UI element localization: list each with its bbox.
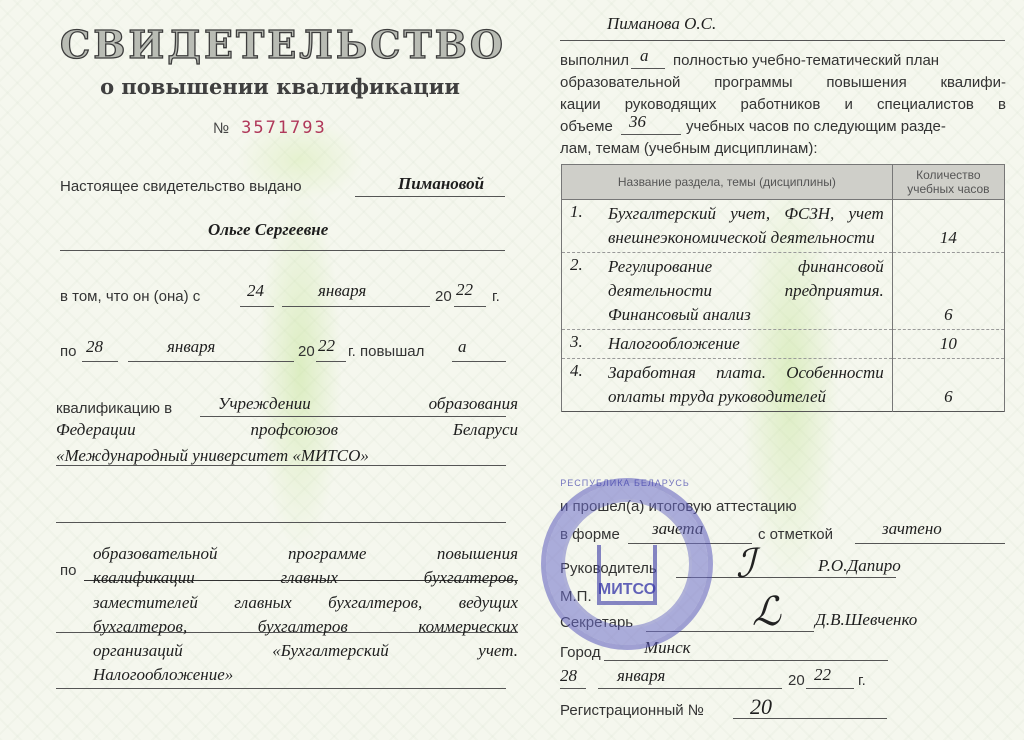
secretary-signature: ℒ	[752, 588, 781, 635]
improved-label: г. повышал	[348, 343, 424, 360]
mitso-logo-icon: МИТСО	[597, 545, 657, 605]
to-label: по	[60, 343, 76, 360]
institution-line-3: «Международный университет «МИТСО»	[56, 446, 369, 466]
topic-hours: 14	[892, 200, 1004, 253]
city-label: Город	[560, 644, 601, 661]
holder-short-name: Пиманова О.С.	[607, 14, 716, 34]
topic-number: 3.	[570, 332, 608, 356]
topic-number: 2.	[570, 255, 608, 327]
from-year: 22	[456, 280, 473, 300]
certificate-title: СВИДЕТЕЛЬСТВО	[60, 22, 500, 67]
completed-text-3: кации руководящих работников и специалис…	[560, 96, 1006, 113]
certificate-subtitle: о повышении квалификации	[60, 74, 500, 99]
completed-suffix: а	[640, 46, 649, 66]
issue-year: 22	[814, 665, 831, 685]
registration-number: 20	[750, 694, 772, 720]
issued-label: Настоящее свидетельство выдано	[60, 178, 302, 195]
from-label: в том, что он (она) с	[60, 288, 200, 305]
to-month: января	[167, 337, 215, 357]
from-year-prefix: 20	[435, 288, 452, 305]
from-day: 24	[247, 281, 264, 301]
from-year-suffix: г.	[492, 288, 500, 305]
seal-ring-text: РЕСПУБЛИКА БЕЛАРУСЬ	[560, 478, 690, 488]
topic-hours: 6	[892, 253, 1004, 330]
completed-text-1: полностью учебно-тематический план	[673, 52, 939, 69]
column-header-topic: Название раздела, темы (дисциплины)	[562, 165, 893, 200]
institution-line-2: Федерации профсоюзов Беларуси	[56, 420, 518, 440]
secretary-name: Д.В.Шевченко	[815, 610, 917, 630]
issue-year-prefix: 20	[788, 672, 805, 689]
program-line-6: Налогообложение»	[93, 665, 233, 685]
program-line-5: организаций «Бухгалтерский учет.	[93, 641, 518, 661]
completed-text-2: образовательной программы повышения квал…	[560, 74, 1006, 91]
topic-hours: 10	[892, 330, 1004, 359]
head-name: Р.О.Дапиро	[818, 556, 901, 576]
topic-title: Заработная плата. Особенности оплаты тру…	[608, 361, 884, 409]
number-sign: №	[213, 120, 229, 137]
improved-suffix: а	[458, 337, 467, 357]
volume-hours: 36	[629, 112, 646, 132]
to-day: 28	[86, 337, 103, 357]
issue-day: 28	[560, 666, 577, 686]
program-line-2: квалификации главных бухгалтеров,	[93, 568, 518, 588]
column-header-hours: Количество учебных часов	[892, 165, 1004, 200]
program-line-3: заместителей главных бухгалтеров, ведущи…	[93, 593, 518, 613]
topic-number: 4.	[570, 361, 608, 409]
holder-surname: Пимановой	[398, 174, 484, 194]
mark-value: зачтено	[882, 519, 942, 539]
from-month: января	[318, 281, 366, 301]
to-year-prefix: 20	[298, 343, 315, 360]
certificate-number: №3571793	[213, 118, 327, 138]
institution-line-1: Учреждении образования	[218, 394, 518, 414]
topic-title: Бухгалтерский учет, ФСЗН, учет внешнеэко…	[608, 202, 884, 250]
topics-table: Название раздела, темы (дисциплины) Коли…	[561, 164, 1005, 412]
table-row: 3.Налогообложение 10	[562, 330, 1005, 359]
mark-label: с отметкой	[758, 526, 833, 543]
table-row: 1.Бухгалтерский учет, ФСЗН, учет внешнеэ…	[562, 200, 1005, 253]
table-row: 2.Регулирование финансовой деятельности …	[562, 253, 1005, 330]
table-row: 4.Заработная плата. Особенности оплаты т…	[562, 359, 1005, 412]
program-label: по	[60, 562, 76, 579]
completed-label: выполнил	[560, 52, 629, 69]
issue-month: января	[617, 666, 665, 686]
topic-title: Налогообложение	[608, 332, 884, 356]
head-signature: ℐ	[736, 540, 755, 587]
to-year: 22	[318, 336, 335, 356]
program-line-4: бухгалтеров, бухгалтеров коммерческих	[93, 617, 518, 637]
holder-name: Ольге Сергеевне	[208, 220, 328, 240]
volume-label: объеме	[560, 118, 613, 135]
completed-text-5: лам, темам (учебным дисциплинам):	[560, 140, 818, 157]
topic-title: Регулирование финансовой деятельности пр…	[608, 255, 884, 327]
topic-hours: 6	[892, 359, 1004, 412]
serial-number: 3571793	[241, 118, 327, 138]
registration-label: Регистрационный №	[560, 702, 704, 719]
issue-year-suffix: г.	[858, 672, 866, 689]
volume-text: учебных часов по следующим разде-	[686, 118, 946, 135]
topic-number: 1.	[570, 202, 608, 250]
qualification-label: квалификацию в	[56, 400, 172, 417]
program-line-1: образовательной программе повышения	[93, 544, 518, 564]
